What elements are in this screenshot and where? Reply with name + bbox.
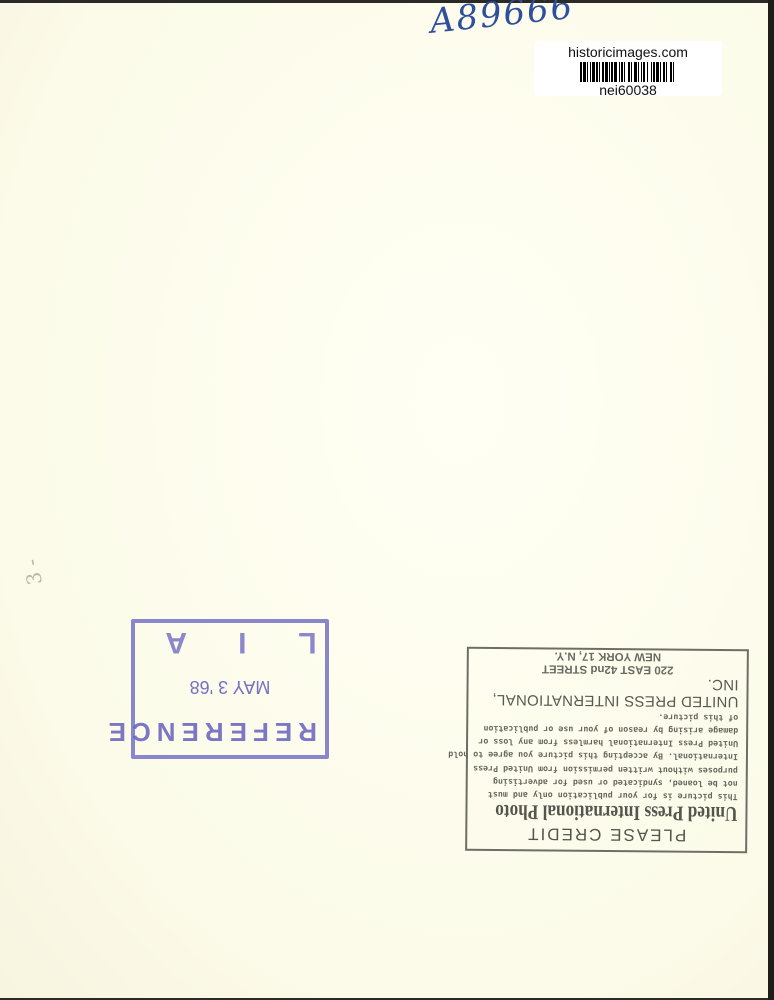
upi-terms-line: damage arising by reason of your use or … bbox=[476, 722, 738, 737]
upi-company: UNITED PRESS INTERNATIONAL, INC. bbox=[476, 673, 738, 709]
reference-stamp: REFERENCE MAY 3 '68 L I A bbox=[131, 619, 329, 759]
label-site: historicimages.com bbox=[534, 44, 722, 60]
upi-brand: United Press International Photo bbox=[523, 801, 738, 825]
upi-terms-line: not be loaned, syndicated or used for ad… bbox=[476, 774, 738, 789]
barcode-label: historicimages.com nei60038 bbox=[534, 41, 722, 96]
upi-address-line1: 220 EAST 42nd STREET bbox=[477, 660, 739, 675]
reference-stamp-date: MAY 3 '68 bbox=[135, 676, 325, 697]
upi-heading: PLEASE CREDIT bbox=[475, 823, 737, 845]
upi-terms-line: International. By accepting this picture… bbox=[476, 748, 738, 763]
upi-terms: This picture is for your publication onl… bbox=[476, 708, 739, 803]
barcode-icon bbox=[534, 62, 722, 82]
scan-edge bbox=[768, 0, 774, 1000]
upi-terms-line: United Press International harmless from… bbox=[476, 735, 738, 750]
reference-stamp-library: L I A bbox=[135, 625, 325, 659]
upi-address-line2: NEW YORK 17, N.Y. bbox=[477, 647, 739, 662]
reference-stamp-word: REFERENCE bbox=[103, 716, 317, 747]
pencil-mark: 3 - bbox=[19, 557, 47, 587]
upi-terms-line: purposes without written permission from… bbox=[476, 761, 738, 776]
label-code: nei60038 bbox=[534, 83, 722, 97]
upi-credit-stamp: PLEASE CREDIT United Press International… bbox=[465, 647, 749, 853]
